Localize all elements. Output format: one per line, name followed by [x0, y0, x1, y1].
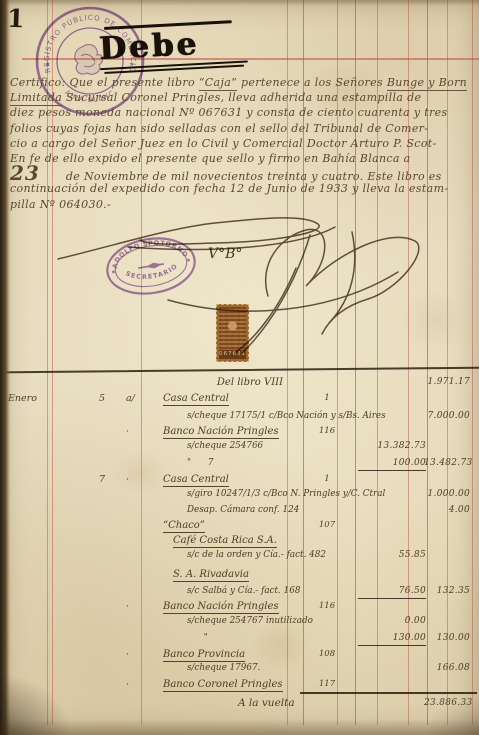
- revenue-stamp: 067631: [216, 304, 249, 362]
- description-cell: s/cheque 17175/1 c/Bco Nación y s/Bs. Ai…: [187, 410, 386, 423]
- total-rule-line: [300, 692, 477, 694]
- ledger-row: "130.00130.00: [0, 632, 479, 649]
- partial-amount-cell: 55.85: [358, 549, 426, 562]
- certification-line: diez pesos moneda nacional Nº 067631 y c…: [10, 106, 448, 119]
- ref-cell: ·: [126, 473, 154, 486]
- certification-line: continuación del expedido con fecha 12 d…: [10, 182, 448, 195]
- description-cell: s/cheque 254766: [187, 440, 263, 453]
- description-cell: Banco Coronel Pringles: [163, 678, 283, 691]
- folio-cell: 116: [302, 425, 352, 438]
- star-icon: ★: [45, 61, 50, 68]
- description-cell: s/cheque 254767 inutilizado: [187, 615, 313, 628]
- certification-line: En fe de ello expido el presente que sel…: [10, 152, 411, 165]
- ledger-row: S. A. Rivadavia: [0, 568, 479, 585]
- signature-secretary: [266, 229, 419, 334]
- description-cell: A la vuelta: [238, 697, 295, 710]
- page-corner-shadow: [0, 665, 80, 735]
- partial-amount-cell: 100.00: [358, 457, 426, 471]
- ref-cell: ·: [126, 648, 154, 661]
- partial-amount-cell: 76.50: [358, 585, 426, 599]
- folio-cell: 108: [302, 648, 352, 661]
- description-cell: " 7: [187, 457, 213, 470]
- day-cell: 7: [90, 473, 114, 486]
- stamp-cancellation-stroke: [243, 235, 310, 352]
- ledger-row: s/c de la orden y Cía.- fact. 48255.85: [0, 549, 479, 566]
- description-cell: s/giro 10247/1/3 c/Bco N. Pringles y/C. …: [187, 488, 385, 501]
- total-amount-cell: 4.00: [424, 504, 470, 517]
- revenue-stamp-engraving: [219, 307, 246, 349]
- ledger-row: s/giro 10247/1/3 c/Bco N. Pringles y/C. …: [0, 488, 479, 505]
- description-cell: “Chaco”: [163, 519, 205, 532]
- ref-cell: ·: [126, 600, 154, 613]
- paper-stain: [400, 290, 470, 350]
- certification-line: 23de Noviembre de mil novecientos treint…: [10, 167, 442, 183]
- description-cell: Banco Provincia: [163, 648, 245, 661]
- page-edge: [0, 0, 479, 6]
- description-cell: Desap. Cámara conf. 124: [187, 504, 299, 517]
- description-cell: Casa Central: [163, 392, 229, 405]
- folio-cell: 116: [302, 600, 352, 613]
- ledger-row: Enero5a/Casa Central1: [0, 392, 479, 409]
- certification-line: Certifico: Que el presente libro “Caja” …: [10, 76, 467, 89]
- signature-flourish: [330, 232, 355, 322]
- day-cell: 5: [90, 392, 114, 405]
- folio-cell: 1: [302, 473, 352, 486]
- ref-cell: ·: [126, 678, 154, 691]
- description-cell: Café Costa Rica S.A.: [173, 534, 277, 547]
- description-cell: Del libro VIII: [192, 376, 308, 389]
- total-amount-cell: 132.35: [424, 585, 470, 598]
- folio-cell: 107: [302, 519, 352, 532]
- certification-line: pilla Nº 064030.-: [10, 198, 111, 211]
- ledger-row: " 7100.0013.482.73: [0, 457, 479, 474]
- visto-bueno: V°B°: [208, 246, 242, 262]
- partial-amount-cell: 130.00: [358, 632, 426, 646]
- binding-edge: [0, 0, 11, 735]
- description-cell: Banco Nación Pringles: [163, 600, 279, 613]
- total-amount-cell: 1.000.00: [424, 488, 470, 501]
- total-amount-cell: 13.482.73: [424, 457, 470, 470]
- total-amount-cell: 7.000.00: [424, 410, 470, 423]
- signature-flourish: [168, 272, 398, 311]
- ref-cell: a/: [126, 392, 154, 405]
- description-cell: s/c de la orden y Cía.- fact. 482: [187, 549, 326, 562]
- description-cell: ": [187, 632, 208, 645]
- certification-line: folios cuyas fojas han sido selladas con…: [10, 122, 428, 135]
- ledger-row: s/cheque 254767 inutilizado0.00: [0, 615, 479, 632]
- certification-line: cio a cargo del Señor Juez en lo Civil y…: [10, 137, 437, 150]
- total-amount-cell: 166.08: [424, 662, 470, 675]
- description-cell: S. A. Rivadavia: [173, 568, 249, 581]
- total-amount-cell: 1.971.17: [424, 376, 470, 389]
- stamp-center-dash: [138, 262, 164, 270]
- description-cell: Casa Central: [163, 473, 229, 486]
- revenue-stamp-number: 067631: [219, 350, 246, 359]
- secretary-stamp: ADOLFO SPOTORNO SECRETARIO: [100, 229, 202, 303]
- ledger-row: Del libro VIII1.971.17: [0, 376, 479, 393]
- month-cell: Enero: [8, 392, 50, 405]
- description-cell: s/cheque 17967.: [187, 662, 260, 675]
- ledger-row: s/cheque 25476613.382.73: [0, 440, 479, 457]
- ref-cell: ·: [126, 425, 154, 438]
- partial-amount-cell: 13.382.73: [358, 440, 426, 453]
- folio-cell: 117: [302, 678, 352, 691]
- description-cell: s/c Salbá y Cía.- fact. 168: [187, 585, 300, 598]
- description-cell: Banco Nación Pringles: [163, 425, 279, 438]
- folio-cell: 1: [302, 392, 352, 405]
- ledger-page: 1 REGISTRO PÚBLICO DE COMERCIO BAHIA BLA…: [0, 0, 479, 735]
- debe-stamp: Debe: [98, 19, 260, 74]
- certification-line: Limitada Sucursal Coronel Pringles, llev…: [10, 91, 421, 104]
- partial-amount-cell: 0.00: [358, 615, 426, 628]
- total-amount-cell: 130.00: [424, 632, 470, 645]
- page-corner-shadow: [419, 695, 479, 735]
